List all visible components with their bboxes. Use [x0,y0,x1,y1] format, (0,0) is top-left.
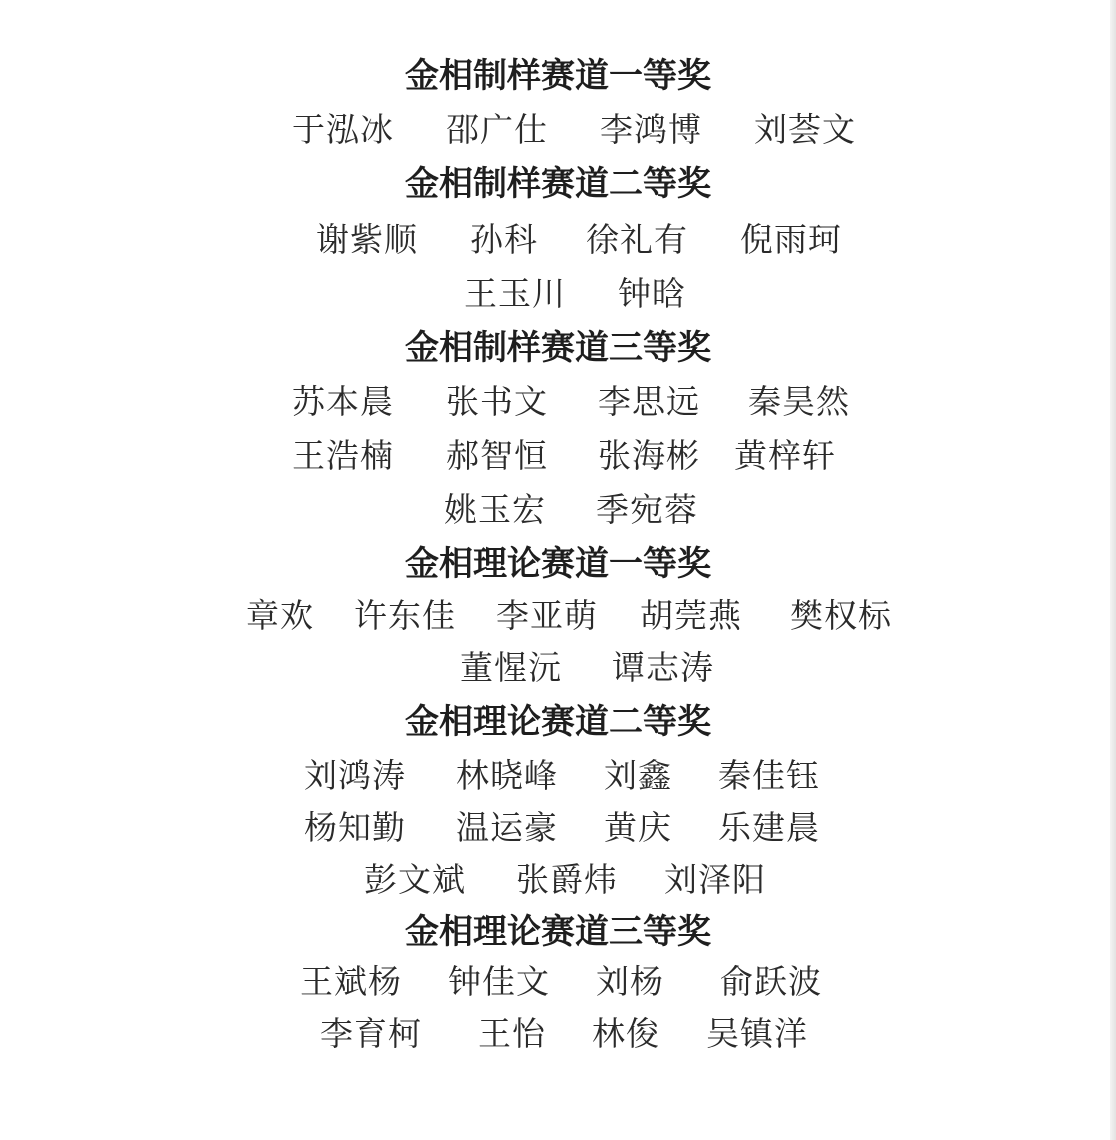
winner-name: 许东佳 [354,590,456,642]
winner-name: 李思远 [598,376,700,428]
winner-name: 秦昊然 [748,376,850,428]
winner-name: 俞跃波 [720,956,822,1008]
winner-name: 钟佳文 [448,956,550,1008]
winner-name: 樊权标 [790,590,892,642]
winner-name: 乐建晨 [718,802,820,854]
section-heading-metallography-theory-first-prize: 金相理论赛道一等奖 [0,538,1116,590]
section-heading-metallography-prep-first-prize: 金相制样赛道一等奖 [0,50,1116,102]
winner-name: 王玉川 [464,268,566,320]
winner-name: 徐礼有 [586,214,688,266]
winner-name: 姚玉宏 [444,484,546,536]
winner-name: 林晓峰 [456,750,558,802]
winner-name: 谢紫顺 [316,214,418,266]
winner-name: 倪雨珂 [740,214,842,266]
winner-name: 张海彬 [598,430,700,482]
winner-name: 章欢 [246,590,314,642]
winner-name: 张爵炜 [516,854,618,906]
winner-name: 李鸿博 [600,104,702,156]
winner-name: 王浩楠 [292,430,394,482]
winner-name: 黄庆 [604,802,672,854]
winner-name: 张书文 [446,376,548,428]
winner-name: 刘杨 [596,956,664,1008]
winner-name: 彭文斌 [364,854,466,906]
section-heading-metallography-theory-second-prize: 金相理论赛道二等奖 [0,696,1116,748]
winner-name: 秦佳钰 [718,750,820,802]
winner-name: 李亚萌 [496,590,598,642]
section-heading-metallography-theory-third-prize: 金相理论赛道三等奖 [0,906,1116,958]
winner-name: 谭志涛 [612,642,714,694]
winner-name: 于泓冰 [292,104,394,156]
winner-name: 钟晗 [618,268,686,320]
winner-name: 胡莞燕 [640,590,742,642]
section-heading-metallography-prep-third-prize: 金相制样赛道三等奖 [0,322,1116,374]
section-heading-metallography-prep-second-prize: 金相制样赛道二等奖 [0,158,1116,210]
winner-name: 吴镇洋 [706,1008,808,1060]
winner-name: 黄梓轩 [734,430,836,482]
winner-name: 刘鑫 [604,750,672,802]
winner-name: 郝智恒 [446,430,548,482]
winner-name: 王斌杨 [300,956,402,1008]
winner-name: 苏本晨 [292,376,394,428]
winner-name: 季宛蓉 [596,484,698,536]
winner-name: 邵广仕 [446,104,548,156]
winner-name: 温运豪 [456,802,558,854]
winner-name: 孙科 [470,214,538,266]
winner-name: 董惺沅 [460,642,562,694]
winner-name: 李育柯 [320,1008,422,1060]
winner-name: 刘泽阳 [664,854,766,906]
winner-name: 林俊 [592,1008,660,1060]
winner-name: 刘鸿涛 [304,750,406,802]
winner-name: 刘荟文 [754,104,856,156]
winner-name: 王怡 [478,1008,546,1060]
winner-name: 杨知勤 [304,802,406,854]
